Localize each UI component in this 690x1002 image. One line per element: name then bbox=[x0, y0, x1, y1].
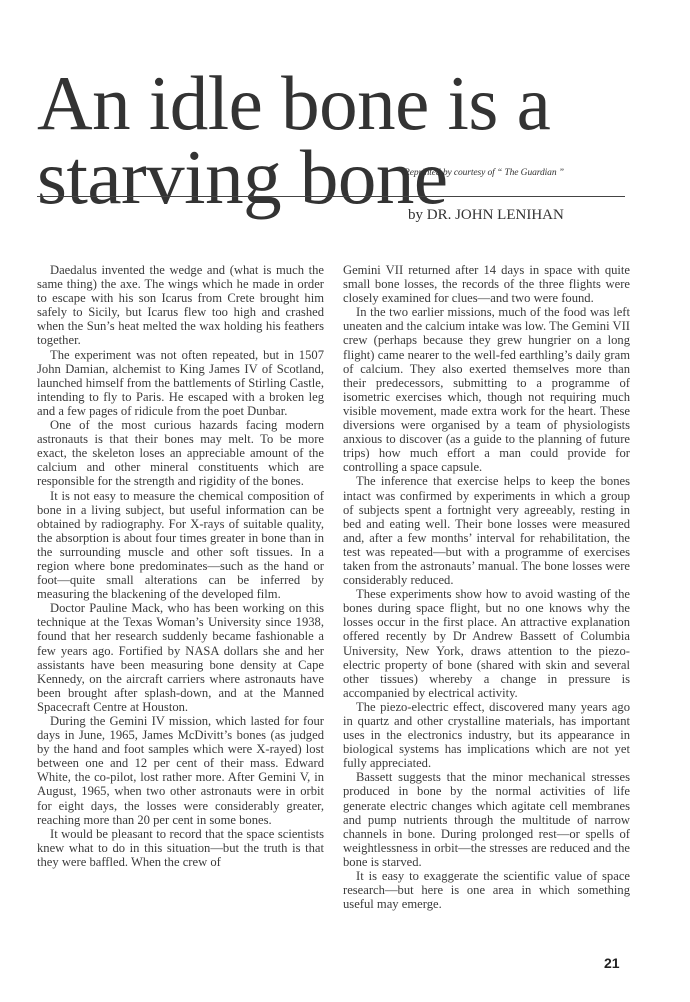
paragraph: The piezo-electric effect, discovered ma… bbox=[343, 700, 630, 770]
title-divider bbox=[37, 196, 625, 197]
paragraph: Daedalus invented the wedge and (what is… bbox=[37, 263, 324, 348]
paragraph: Bassett suggests that the minor mechanic… bbox=[343, 770, 630, 869]
paragraph: The experiment was not often repeated, b… bbox=[37, 348, 324, 418]
paragraph: It is easy to exaggerate the scientific … bbox=[343, 869, 630, 911]
paragraph: The inference that exercise helps to kee… bbox=[343, 474, 630, 587]
paragraph: It would be pleasant to record that the … bbox=[37, 827, 324, 869]
title-line-2: starving bone bbox=[37, 134, 448, 220]
paragraph: During the Gemini IV mission, which last… bbox=[37, 714, 324, 827]
author-byline: by DR. JOHN LENIHAN bbox=[408, 207, 564, 224]
left-column: Daedalus invented the wedge and (what is… bbox=[37, 263, 324, 869]
reprint-credit: Reprinted by courtesy of “ The Guardian … bbox=[404, 168, 564, 178]
paragraph: Doctor Pauline Mack, who has been workin… bbox=[37, 601, 324, 714]
article-title: An idle bone is a starving bone bbox=[37, 66, 550, 214]
paragraph: One of the most curious hazards facing m… bbox=[37, 418, 324, 488]
right-column: Gemini VII returned after 14 days in spa… bbox=[343, 263, 630, 911]
paragraph: It is not easy to measure the chemical c… bbox=[37, 489, 324, 602]
paragraph: These experiments show how to avoid wast… bbox=[343, 587, 630, 700]
paragraph: In the two earlier missions, much of the… bbox=[343, 305, 630, 474]
paragraph-continuation: Gemini VII returned after 14 days in spa… bbox=[343, 263, 630, 305]
page-number: 21 bbox=[604, 955, 620, 971]
